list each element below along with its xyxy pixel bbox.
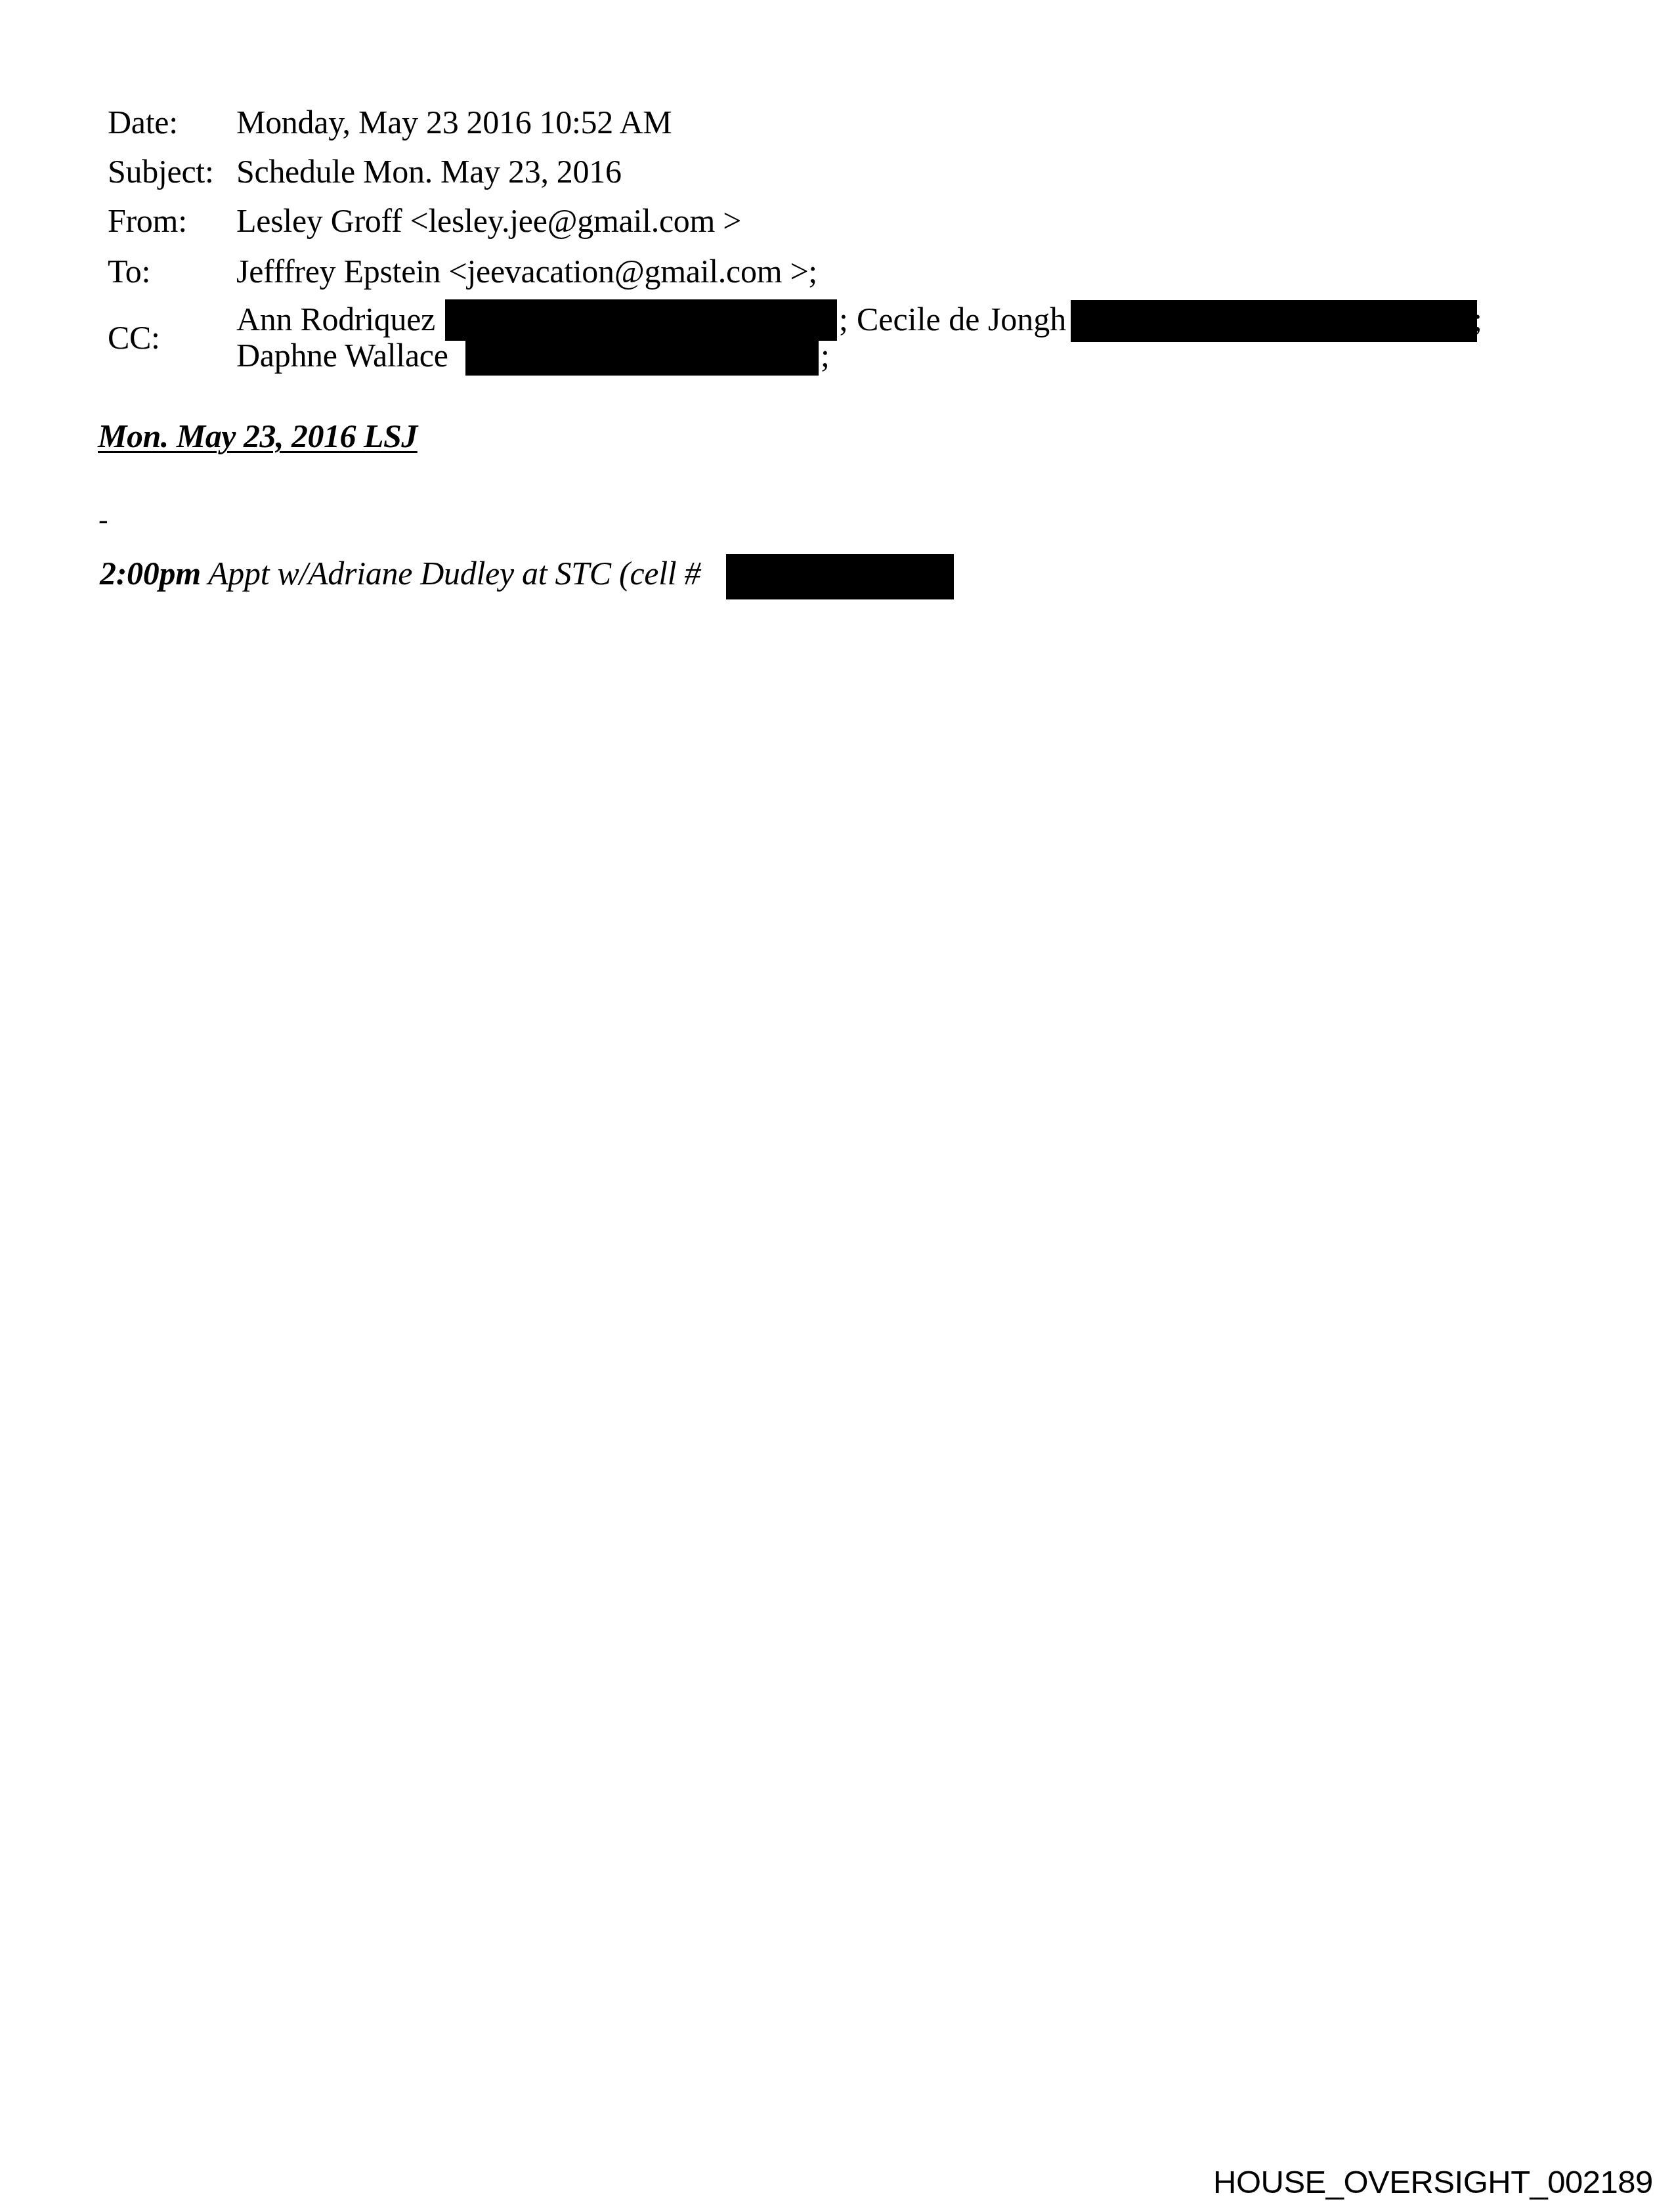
redaction-box: [445, 299, 837, 341]
redaction-box: [726, 554, 954, 599]
date-value: Monday, May 23 2016 10:52 AM: [236, 106, 672, 139]
from-label: From:: [108, 204, 187, 237]
cc-recipient-name: Ann Rodriquez: [236, 303, 435, 336]
to-label: To:: [108, 255, 150, 288]
document-page: Date: Monday, May 23 2016 10:52 AM Subje…: [0, 0, 1674, 2212]
cc-recipient-name: Cecile de Jongh: [857, 303, 1066, 336]
subject-label: Subject:: [108, 155, 213, 188]
from-value: Lesley Groff <lesley.jee@gmail.com >: [236, 204, 741, 237]
redaction-box: [465, 341, 819, 376]
dash-separator: -: [98, 506, 108, 534]
cc-label: CC:: [108, 321, 160, 354]
bates-number: HOUSE_OVERSIGHT_002189: [1213, 2167, 1653, 2199]
entry-time: 2:00pm: [100, 555, 201, 592]
cc-separator: ;: [821, 339, 830, 372]
cc-separator: ;: [839, 303, 848, 336]
entry-text: Appt w/Adriane Dudley at STC (cell #: [201, 555, 701, 592]
subject-value: Schedule Mon. May 23, 2016: [236, 155, 622, 188]
to-value: Jefffrey Epstein <jeevacation@gmail.com …: [236, 255, 817, 288]
schedule-entry: 2:00pm Appt w/Adriane Dudley at STC (cel…: [100, 557, 700, 590]
redaction-box: [1071, 300, 1477, 342]
date-label: Date:: [108, 106, 178, 139]
schedule-heading: Mon. May 23, 2016 LSJ: [98, 420, 418, 452]
cc-recipient-name: Daphne Wallace: [236, 339, 448, 372]
